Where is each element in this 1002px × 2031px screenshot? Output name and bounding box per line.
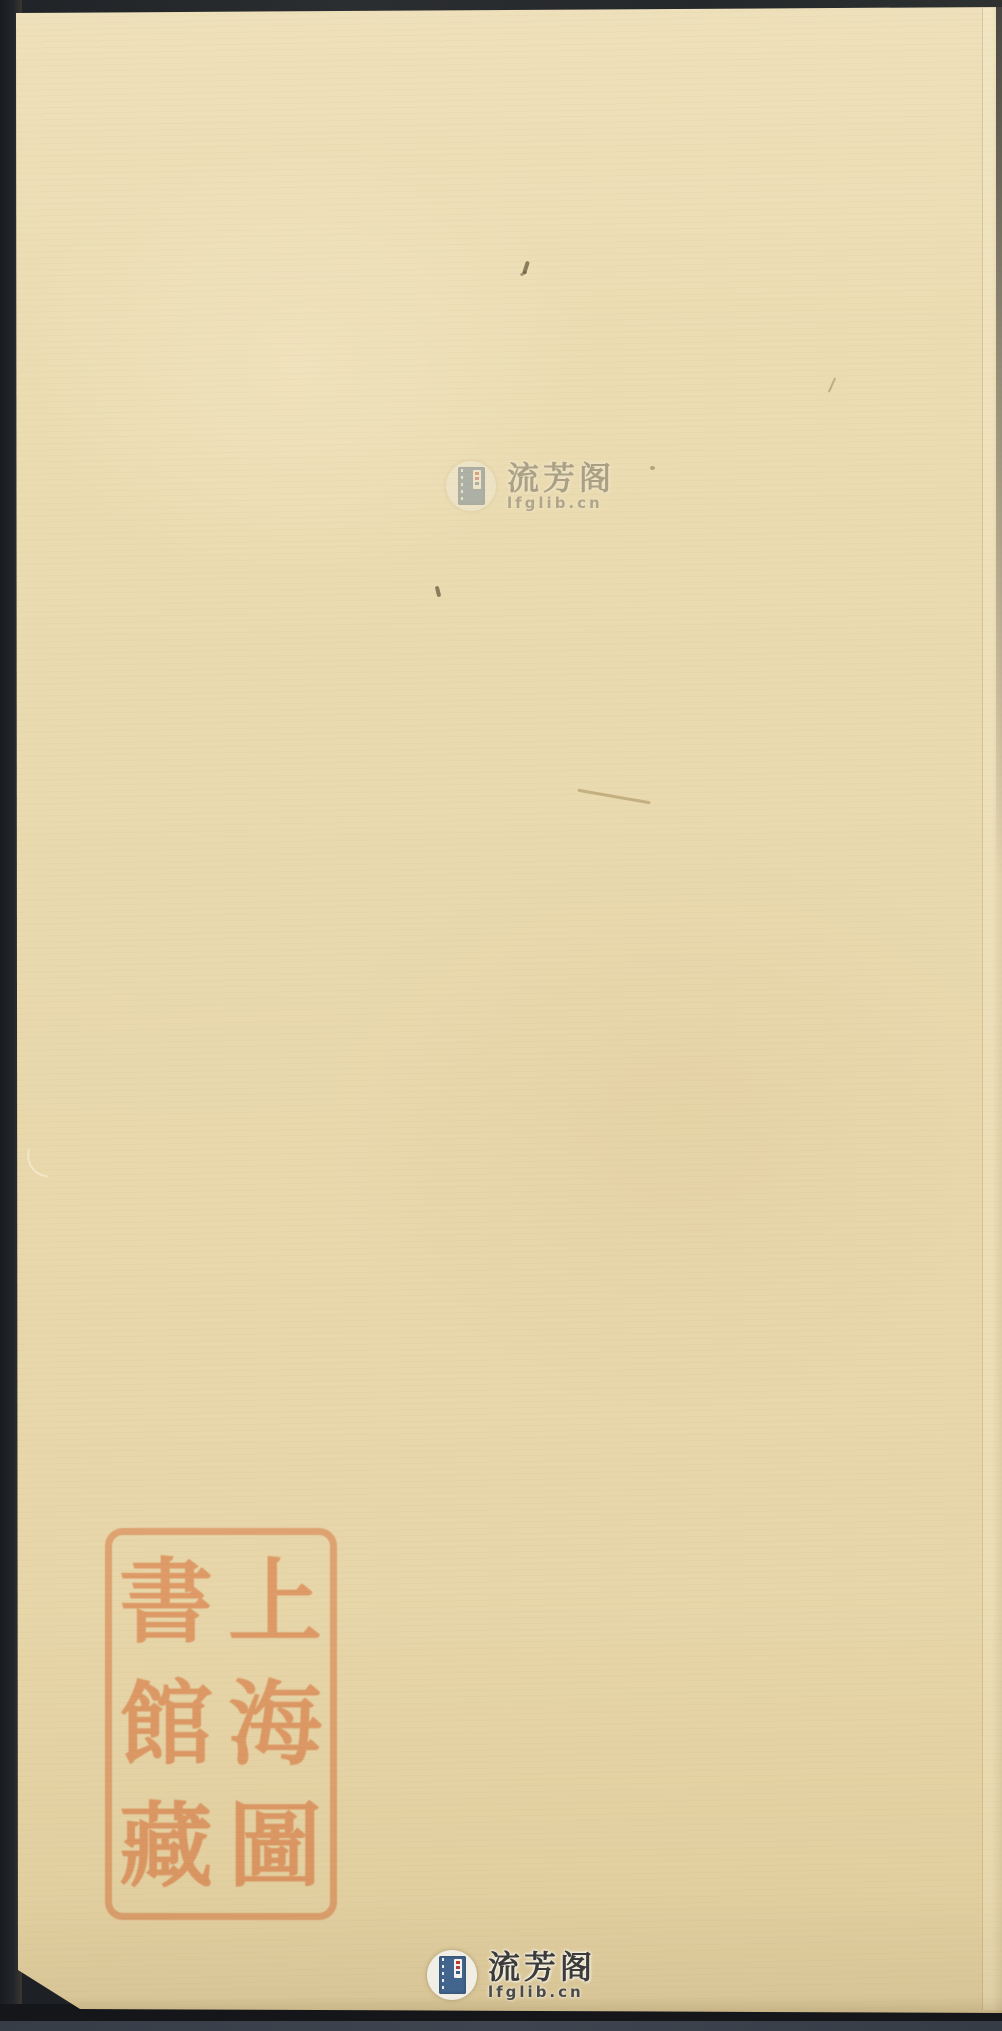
book-title-label [473, 470, 481, 489]
book-icon [439, 1956, 466, 1994]
scanned-page-stage: 流芳阁 lfglib.cn 書 館 藏 上 海 圖 [0, 0, 1002, 2031]
watermark-url: lfglib.cn [507, 495, 615, 511]
seal-char: 海 [229, 1665, 323, 1783]
seal-column-right: 上 海 圖 [221, 1535, 330, 1913]
seal-char: 藏 [120, 1787, 214, 1905]
book-title-label [454, 1959, 462, 1978]
seal-char: 圖 [229, 1787, 323, 1905]
seal-char: 上 [229, 1543, 323, 1661]
paper-speck [522, 261, 530, 275]
paper-speck [650, 466, 655, 470]
watermark-title: 流芳阁 [507, 461, 615, 495]
paper-scratch [577, 789, 650, 805]
book-stitch-detail [461, 469, 463, 503]
paper-curl-mark [24, 1148, 51, 1177]
seal-column-left: 書 館 藏 [112, 1535, 221, 1913]
lfglib-watermark: 流芳阁 lfglib.cn [427, 1950, 596, 2000]
watermark-title: 流芳阁 [488, 1950, 596, 1984]
lfglib-watermark-ghost: 流芳阁 lfglib.cn [446, 461, 615, 511]
frame-right-edge [996, 0, 1002, 880]
book-stitch-detail [442, 1958, 444, 1992]
page-fold-line [982, 8, 983, 2010]
watermark-url: lfglib.cn [488, 1984, 596, 2000]
book-icon [458, 467, 485, 505]
paper-sheet: 流芳阁 lfglib.cn 書 館 藏 上 海 圖 [0, 0, 1002, 2031]
frame-bottom-strip [0, 2021, 1002, 2031]
seal-char: 館 [120, 1665, 214, 1783]
watermark-badge [427, 1950, 477, 2000]
shanghai-library-seal: 書 館 藏 上 海 圖 [105, 1528, 337, 1920]
paper-speck [435, 586, 442, 598]
seal-char: 書 [120, 1543, 214, 1661]
paper-speck [520, 270, 528, 276]
paper-hairline [828, 377, 836, 392]
page-fold-highlight [983, 8, 1002, 2010]
watermark-badge [446, 461, 496, 511]
